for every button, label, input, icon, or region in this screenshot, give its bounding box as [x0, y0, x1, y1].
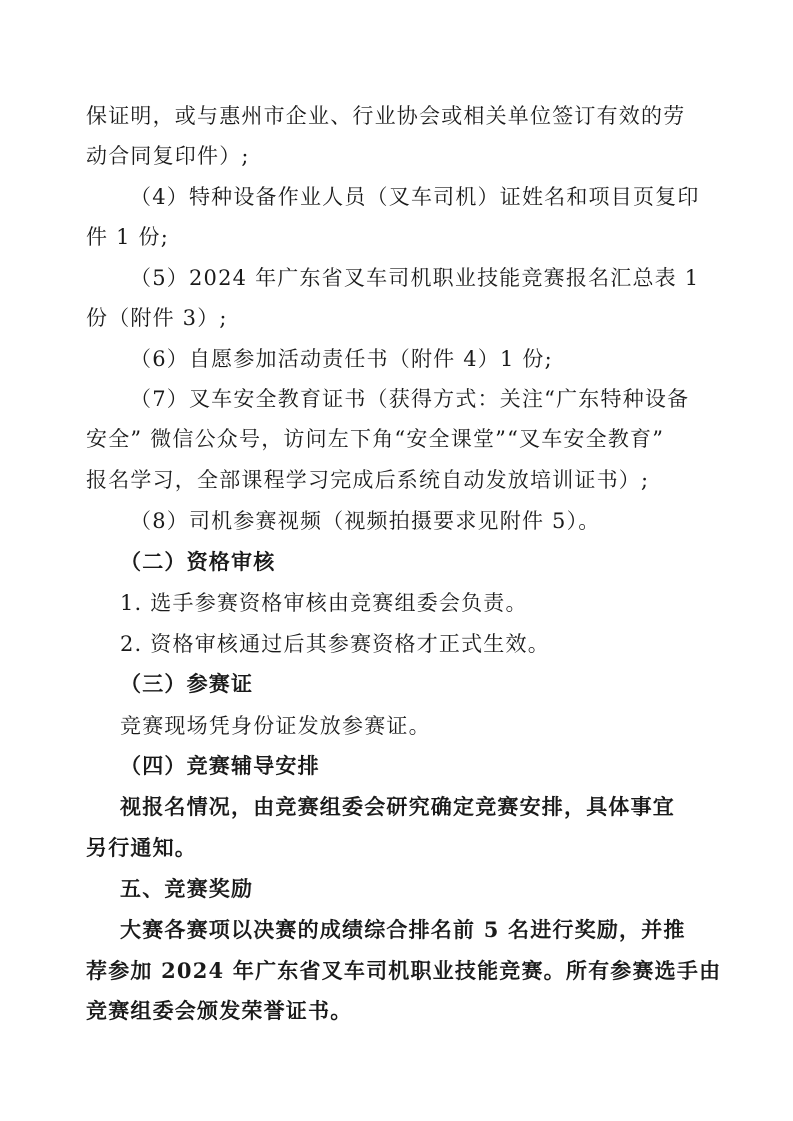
paragraph-line: 大赛各赛项以决赛的成绩综合排名前 5 名进行奖励，并推: [120, 916, 686, 944]
paragraph-line: 另行通知。: [86, 834, 197, 862]
numbered-item-2: 2. 资格审核通过后其参赛资格才正式生效。: [120, 630, 550, 658]
paragraph-line: 竞赛现场凭身份证发放参赛证。: [120, 712, 431, 740]
section-heading-qualification: （二）资格审核: [120, 548, 275, 576]
numbered-item-1: 1. 选手参赛资格审核由竞赛组委会负责。: [120, 589, 528, 617]
list-item-6: （6）自愿参加活动责任书（附件 4）1 份;: [130, 345, 553, 373]
paragraph-line: 份（附件 3）;: [86, 304, 228, 332]
paragraph-line: 保证明，或与惠州市企业、行业协会或相关单位签订有效的劳: [86, 102, 685, 130]
paragraph-line: 竞赛组委会颁发荣誉证书。: [86, 997, 352, 1025]
paragraph-line: 视报名情况，由竞赛组委会研究确定竞赛安排，具体事宜: [120, 793, 675, 821]
list-item-5: （5）2024 年广东省叉车司机职业技能竞赛报名汇总表 1: [130, 264, 699, 292]
list-item-8: （8）司机参赛视频（视频拍摄要求见附件 5）。: [130, 507, 601, 535]
paragraph-line: 件 1 份;: [86, 223, 169, 251]
list-item-7: （7）叉车安全教育证书（获得方式：关注“广东特种设备: [130, 385, 689, 413]
paragraph-line: 报名学习，全部课程学习完成后系统自动发放培训证书）;: [86, 466, 649, 494]
paragraph-line: 动合同复印件）;: [86, 142, 250, 170]
paragraph-line: 荐参加 2024 年广东省叉车司机职业技能竞赛。所有参赛选手由: [86, 957, 721, 985]
paragraph-line: 安全” 微信公众号，访问左下角“安全课堂”“叉车安全教育”: [86, 425, 664, 453]
section-heading-pass: （三）参赛证: [120, 670, 253, 698]
section-heading-awards: 五、竞赛奖励: [120, 875, 253, 903]
list-item-4: （4）特种设备作业人员（叉车司机）证姓名和项目页复印: [130, 183, 700, 211]
section-heading-coaching: （四）竞赛辅导安排: [120, 752, 320, 780]
